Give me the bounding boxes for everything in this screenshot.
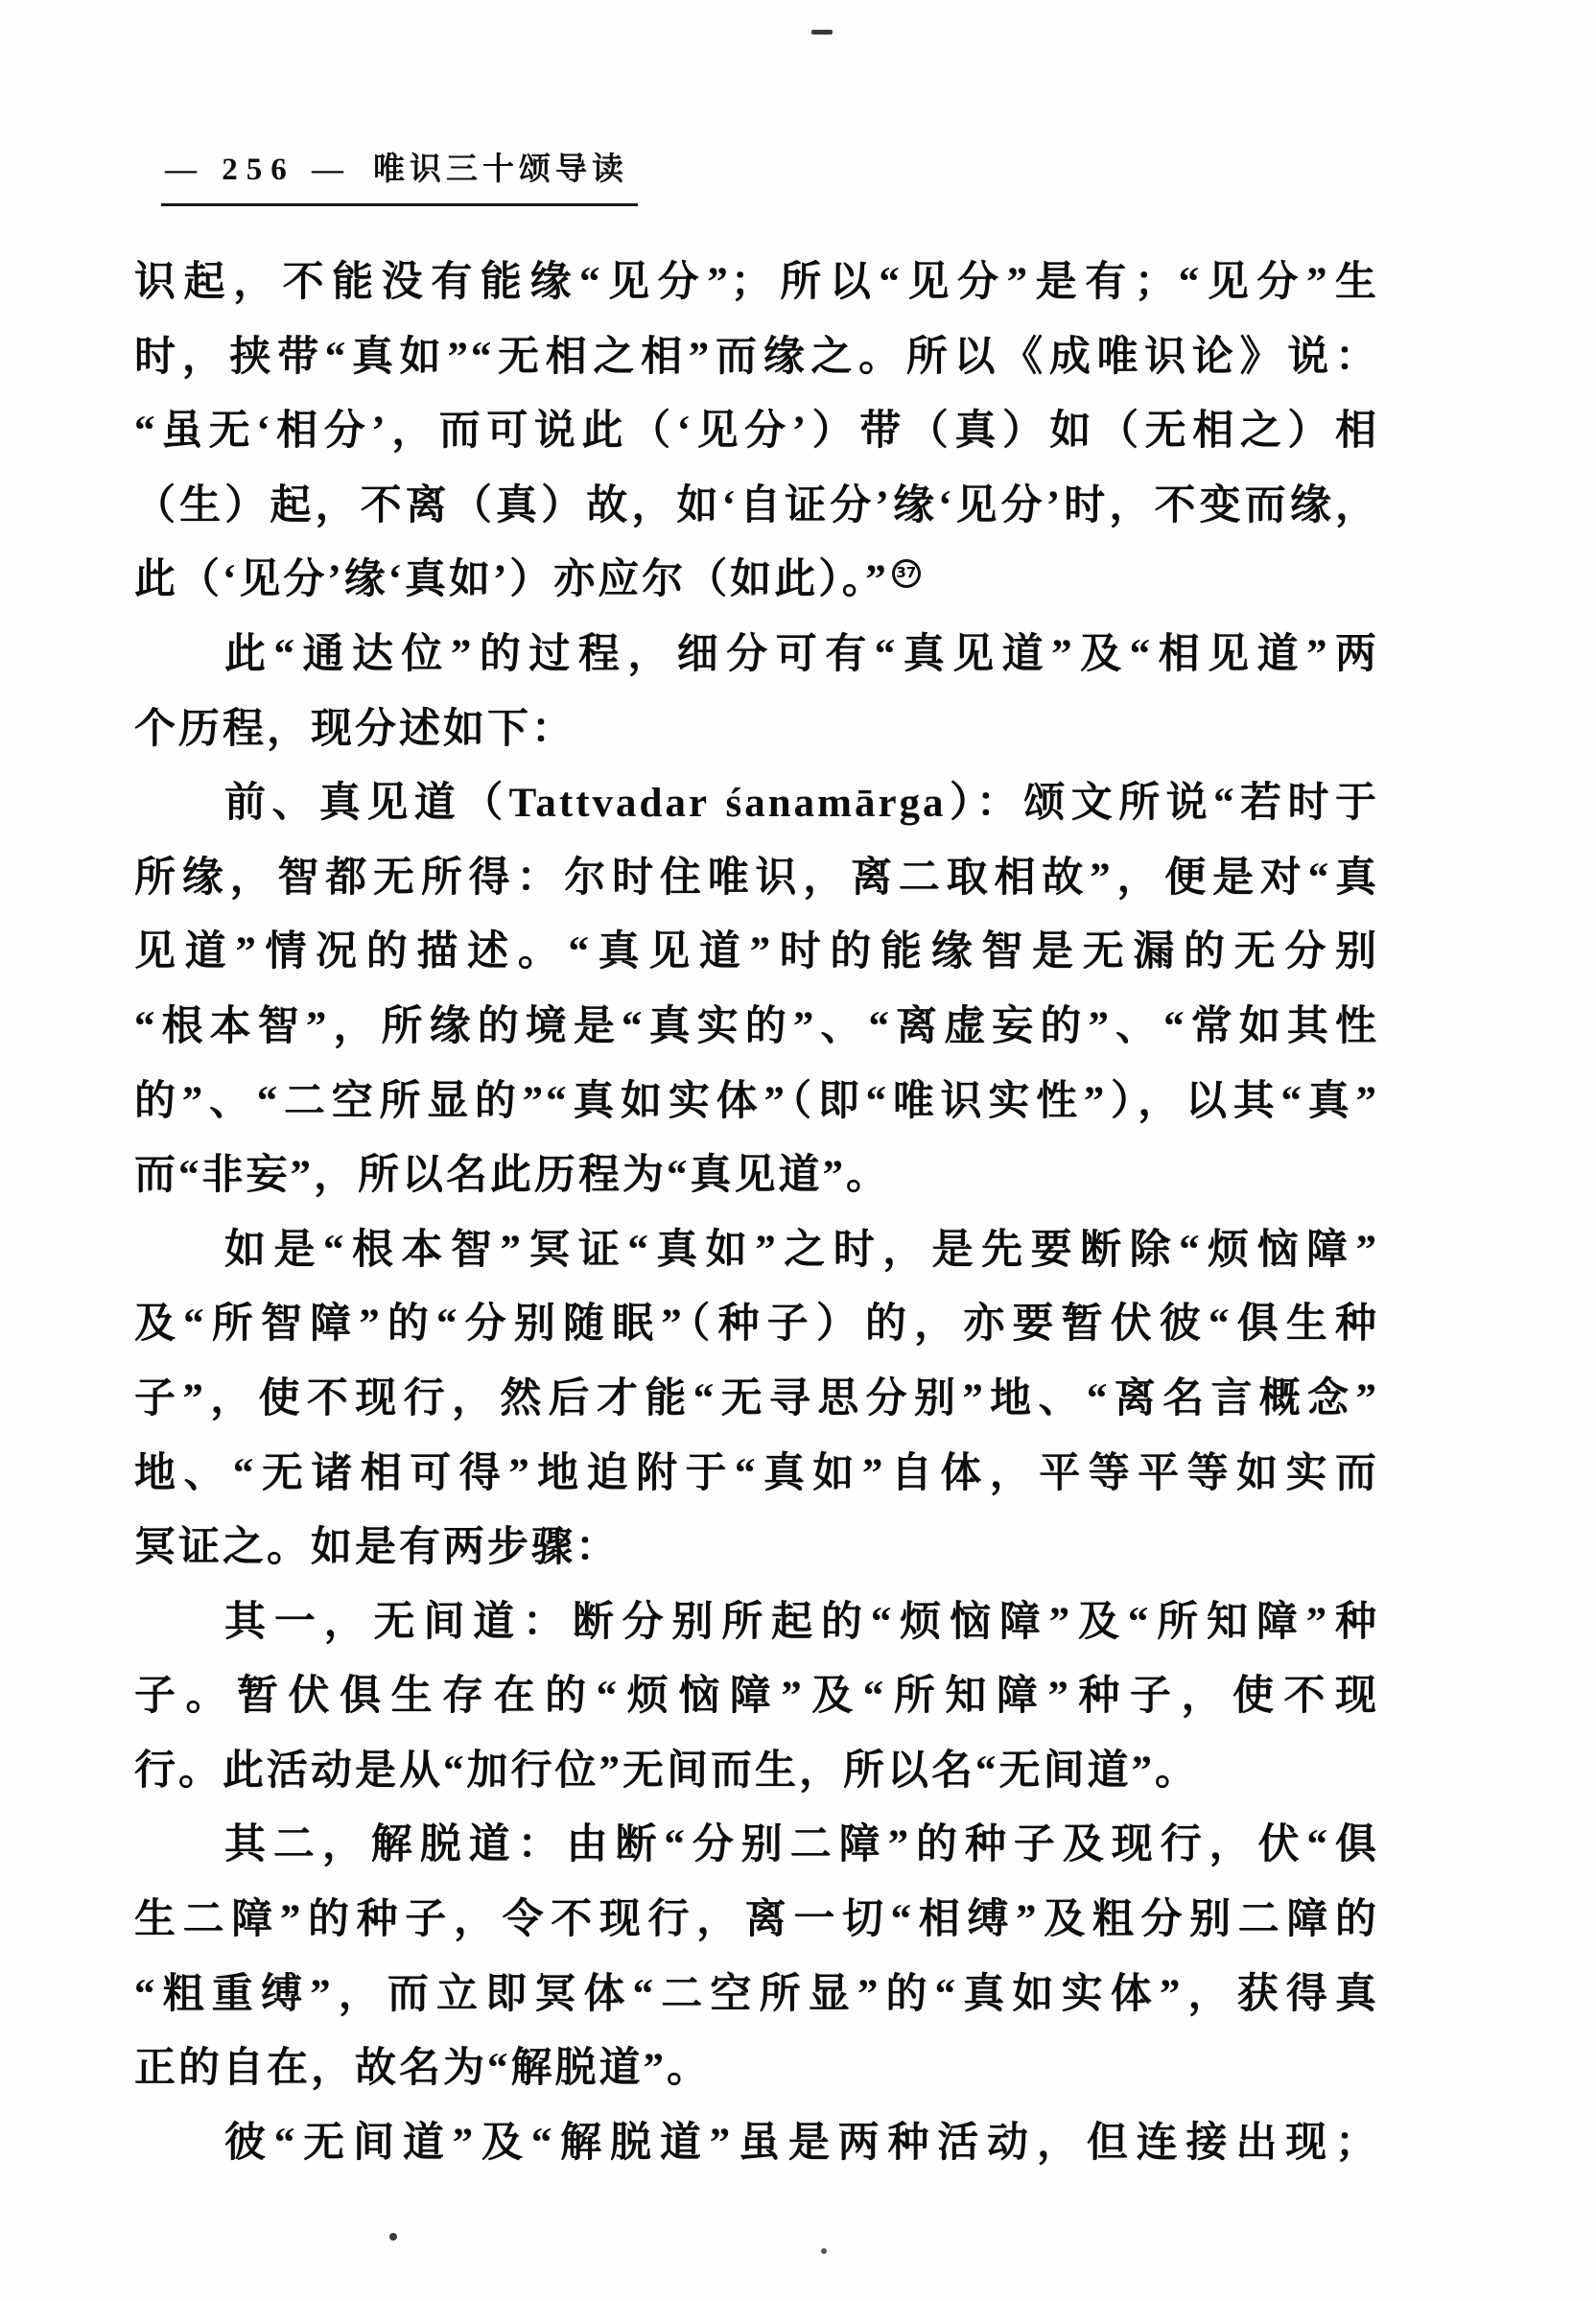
line-text: 而“非妄”，所以名此历程为“真见道”。 <box>134 1153 890 1198</box>
text-line: 如是“根本智”冥证“真如”之时，是先要断除“烦恼障” <box>134 1213 1379 1288</box>
text-line: 前、真见道（Tattvadar śanamārga）：颂文所说“若时于 <box>134 766 1379 841</box>
line-text: 生二障”的种子，令不现行，离一切“相缚”及粗分别二障的 <box>134 1897 1379 1942</box>
line-text: 行。此活动是从“加行位”无间而生，所以名“无间道”。 <box>134 1749 1199 1794</box>
text-line: 见道”情况的描述。“真见道”时的能缘智是无漏的无分别 <box>134 915 1379 990</box>
line-text: 个历程，现分述如下： <box>134 707 575 752</box>
footnote-marker: 37 <box>892 559 921 588</box>
text-line: “虽无‘相分’，而可说此（‘见分’）带（真）如（无相之）相 <box>134 394 1379 469</box>
page-header: — 256 —唯识三十颂导读 <box>161 144 638 206</box>
line-text: 其一，无间道：断分别所起的“烦恼障”及“所知障”种 <box>224 1600 1379 1645</box>
scan-artifact-dash <box>811 30 833 35</box>
line-text: “虽无‘相分’，而可说此（‘见分’）带（真）如（无相之）相 <box>134 409 1379 454</box>
line-text: 正的自在，故名为“解脱道”。 <box>134 2046 711 2091</box>
line-text: 的”、“二空所显的”“真如实体”（即“唯识实性”），以其“真” <box>134 1079 1379 1124</box>
footnote-number: 37 <box>896 536 916 611</box>
text-line: 正的自在，故名为“解脱道”。 <box>134 2031 1379 2106</box>
text-line: 个历程，现分述如下： <box>134 693 1379 767</box>
line-text: 彼“无间道”及“解脱道”虽是两种活动，但连接出现； <box>224 2121 1379 2166</box>
text-line: “根本智”，所缘的境是“真实的”、“离虚妄的”、“常如其性 <box>134 990 1379 1065</box>
text-line: 此（‘见分’缘‘真如’）亦应尔（如此）。”37 <box>134 543 1379 618</box>
text-line: 冥证之。如是有两步骤： <box>134 1511 1379 1585</box>
text-line: “粗重缚”，而立即冥体“二空所显”的“真如实体”，获得真 <box>134 1958 1379 2032</box>
line-text: （生）起，不离（真）故，如‘自证分’缘‘见分’时，不变而缘， <box>134 483 1379 528</box>
line-text: 此（‘见分’缘‘真如’）亦应尔（如此）。” <box>134 557 889 602</box>
page-number: — 256 — <box>165 153 352 187</box>
text-line: 的”、“二空所显的”“真如实体”（即“唯识实性”），以其“真” <box>134 1065 1379 1139</box>
line-text: “根本智”，所缘的境是“真实的”、“离虚妄的”、“常如其性 <box>134 1004 1379 1049</box>
text-line: 此“通达位”的过程，细分可有“真见道”及“相见道”两 <box>134 618 1379 693</box>
line-text: 识起，不能没有能缘“见分”；所以“见分”是有；“见分”生 <box>134 260 1379 305</box>
line-text: “粗重缚”，而立即冥体“二空所显”的“真如实体”，获得真 <box>134 1972 1379 2017</box>
text-line: 时，挟带“真如”“无相之相”而缘之。所以《成唯识论》说： <box>134 320 1379 395</box>
scan-artifact-dot <box>821 2248 827 2254</box>
line-text: 见道”情况的描述。“真见道”时的能缘智是无漏的无分别 <box>134 929 1379 974</box>
line-text: 如是“根本智”冥证“真如”之时，是先要断除“烦恼障” <box>224 1228 1379 1273</box>
body-text: 识起，不能没有能缘“见分”；所以“见分”是有；“见分”生时，挟带“真如”“无相之… <box>134 246 1379 2180</box>
book-title: 唯识三十颂导读 <box>373 153 628 187</box>
book-page: — 256 —唯识三十颂导读 识起，不能没有能缘“见分”；所以“见分”是有；“见… <box>0 0 1596 2301</box>
line-text: 子。暂伏俱生存在的“烦恼障”及“所知障”种子，使不现 <box>134 1674 1379 1719</box>
text-line: 子。暂伏俱生存在的“烦恼障”及“所知障”种子，使不现 <box>134 1659 1379 1734</box>
text-line: 子”，使不现行，然后才能“无寻思分别”地、“离名言概念” <box>134 1362 1379 1437</box>
text-line: 其二，解脱道：由断“分别二障”的种子及现行，伏“俱 <box>134 1808 1379 1883</box>
text-line: 生二障”的种子，令不现行，离一切“相缚”及粗分别二障的 <box>134 1883 1379 1958</box>
text-line: 识起，不能没有能缘“见分”；所以“见分”是有；“见分”生 <box>134 246 1379 320</box>
line-text: 子”，使不现行，然后才能“无寻思分别”地、“离名言概念” <box>134 1376 1379 1421</box>
line-text: 此“通达位”的过程，细分可有“真见道”及“相见道”两 <box>224 632 1379 677</box>
line-text: 地、“无诸相可得”地迫附于“真如”自体，平等平等如实而 <box>134 1451 1379 1496</box>
text-line: 其一，无间道：断分别所起的“烦恼障”及“所知障”种 <box>134 1585 1379 1660</box>
text-line: 行。此活动是从“加行位”无间而生，所以名“无间道”。 <box>134 1734 1379 1809</box>
line-text: 其二，解脱道：由断“分别二障”的种子及现行，伏“俱 <box>224 1822 1379 1867</box>
text-line: 所缘，智都无所得：尔时住唯识，离二取相故”，便是对“真 <box>134 841 1379 916</box>
text-line: 地、“无诸相可得”地迫附于“真如”自体，平等平等如实而 <box>134 1437 1379 1512</box>
text-line: 而“非妄”，所以名此历程为“真见道”。 <box>134 1139 1379 1213</box>
text-line: 彼“无间道”及“解脱道”虽是两种活动，但连接出现； <box>134 2106 1379 2181</box>
text-line: 及“所智障”的“分别随眠”（种子）的，亦要暂伏彼“俱生种 <box>134 1287 1379 1362</box>
line-text: 冥证之。如是有两步骤： <box>134 1525 620 1570</box>
line-text: 时，挟带“真如”“无相之相”而缘之。所以《成唯识论》说： <box>134 335 1379 380</box>
scan-artifact-dot <box>389 2233 397 2241</box>
text-line: （生）起，不离（真）故，如‘自证分’缘‘见分’时，不变而缘， <box>134 469 1379 544</box>
line-text: 及“所智障”的“分别随眠”（种子）的，亦要暂伏彼“俱生种 <box>134 1302 1379 1347</box>
line-text: 前、真见道（Tattvadar śanamārga）：颂文所说“若时于 <box>224 781 1379 826</box>
line-text: 所缘，智都无所得：尔时住唯识，离二取相故”，便是对“真 <box>134 856 1379 901</box>
